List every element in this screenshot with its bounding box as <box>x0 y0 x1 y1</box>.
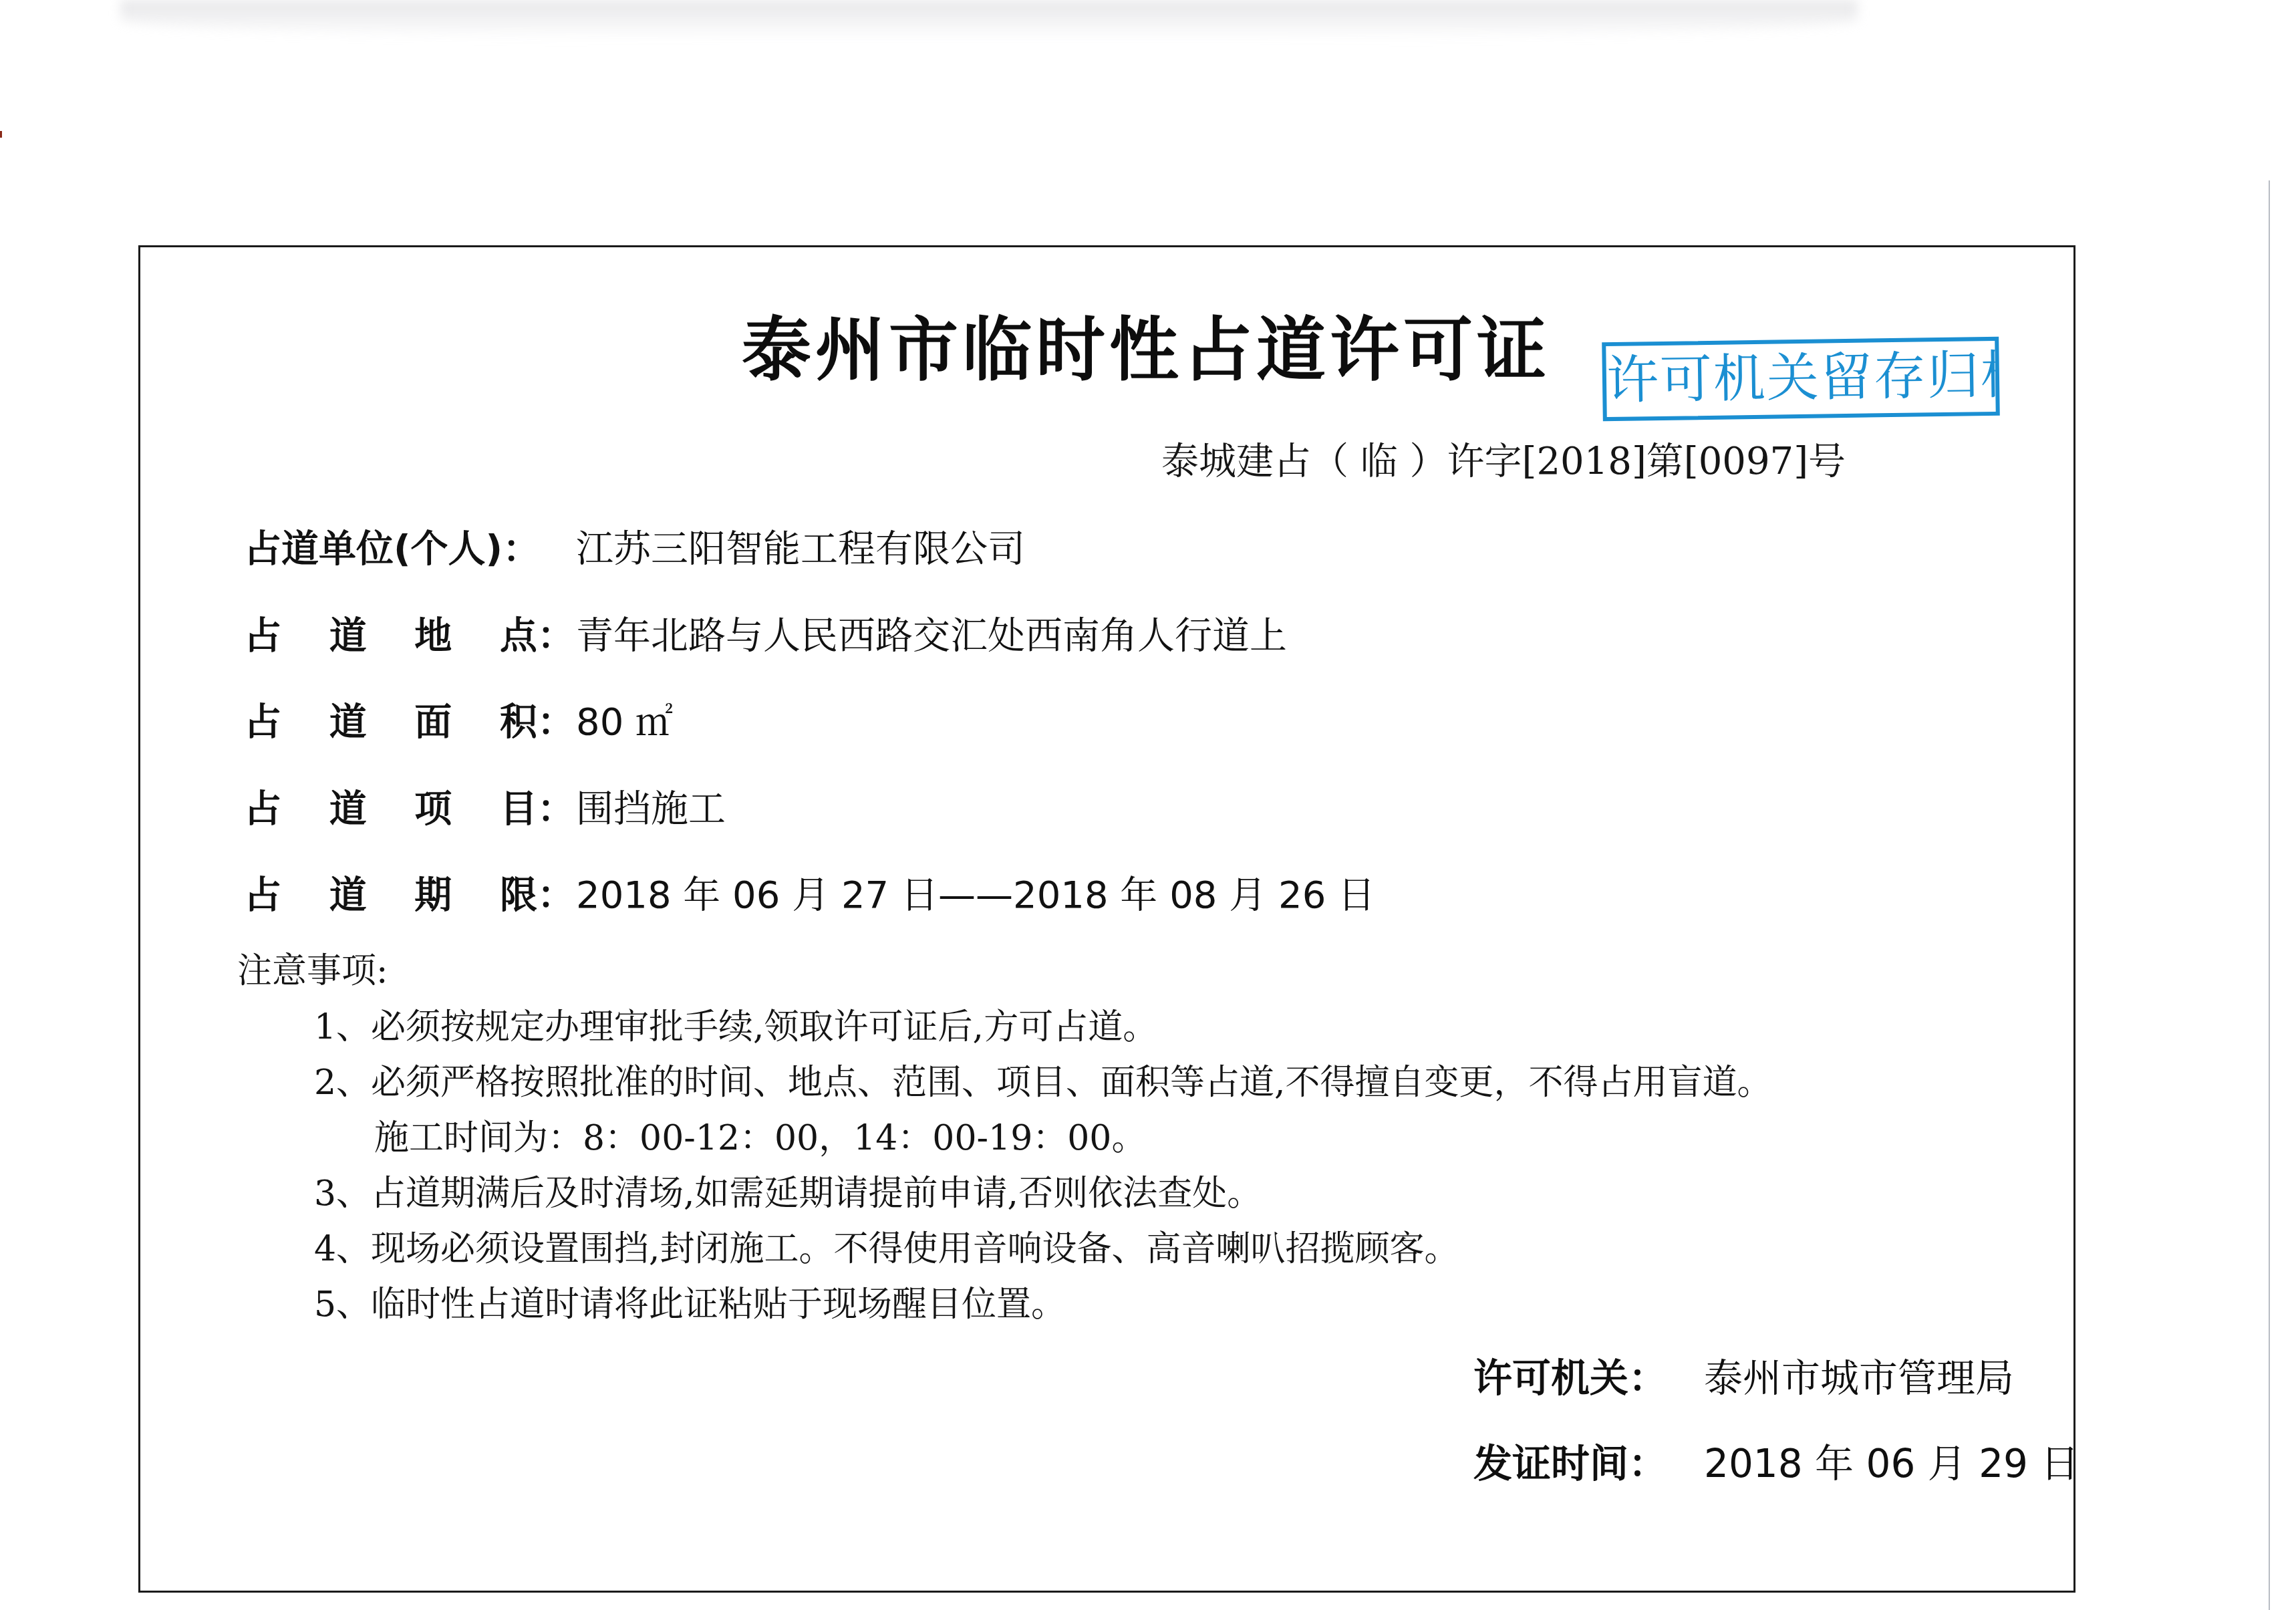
label-text: 占道单位(个人)： <box>244 526 540 573</box>
label-char: 道 <box>329 613 367 660</box>
label-char: 积： <box>500 699 575 746</box>
scan-speck <box>0 131 2 138</box>
permit-number: 泰城建占（ 临 ）许字[2018]第[0097]号 <box>1161 441 1846 483</box>
paper-edge <box>2269 180 2270 1610</box>
field-value-area: 80 ㎡ <box>576 699 673 746</box>
notes-item-2: 2、必须严格按照批准的时间、地点、范围、项目、面积等占道,不得擅自变更，不得占用… <box>314 1059 1772 1106</box>
field-label-occupant: 占道单位(个人)： <box>244 526 575 573</box>
issuing-authority-value: 泰州市城市管理局 <box>1704 1351 2014 1405</box>
field-label-period: 占 道 期 限： <box>244 872 575 919</box>
issuing-authority-label: 许可机关： <box>1473 1351 1667 1405</box>
field-label-location: 占 道 地 点： <box>244 613 575 660</box>
label-char: 点： <box>500 613 575 660</box>
field-value-project: 围挡施工 <box>576 786 726 833</box>
label-char: 占 <box>244 872 281 919</box>
field-value-occupant: 江苏三阳智能工程有限公司 <box>576 526 1025 573</box>
issue-date-label: 发证时间： <box>1473 1437 1667 1490</box>
label-char: 面 <box>414 699 452 746</box>
label-char: 项 <box>414 786 452 833</box>
permit-title: 泰州市临时性占道许可证 <box>742 315 1550 385</box>
notes-item-1: 1、必须按规定办理审批手续,领取许可证后,方可占道。 <box>314 1004 1157 1051</box>
label-char: 限： <box>500 872 575 919</box>
notes-item-2-continuation: 施工时间为：8：00-12：00，14：00-19：00。 <box>374 1115 1146 1162</box>
issue-date-value: 2018 年 06 月 29 日 <box>1704 1437 2079 1490</box>
field-label-area: 占 道 面 积： <box>244 699 575 746</box>
field-value-period: 2018 年 06 月 27 日——2018 年 08 月 26 日 <box>576 872 1375 919</box>
notes-heading: 注意事项: <box>237 948 388 994</box>
notes-item-5: 5、临时性占道时请将此证粘贴于现场醒目位置。 <box>314 1281 1066 1328</box>
archive-stamp: 许可机关留存归档 <box>1602 337 2000 421</box>
label-char: 目： <box>500 786 575 833</box>
field-label-project: 占 道 项 目： <box>244 786 575 833</box>
field-value-location: 青年北路与人民西路交汇处西南角人行道上 <box>576 613 1287 660</box>
notes-item-4: 4、现场必须设置围挡,封闭施工。不得使用音响设备、高音喇叭招揽顾客。 <box>314 1226 1459 1272</box>
label-char: 道 <box>329 872 367 919</box>
label-char: 地 <box>414 613 452 660</box>
label-char: 期 <box>414 872 452 919</box>
label-char: 占 <box>244 786 281 833</box>
label-char: 道 <box>329 786 367 833</box>
label-char: 占 <box>244 613 281 660</box>
label-char: 占 <box>244 699 281 746</box>
scan-shadow <box>120 0 1858 40</box>
notes-item-3: 3、占道期满后及时清场,如需延期请提前申请,否则依法查处。 <box>314 1170 1262 1217</box>
label-char: 道 <box>329 699 367 746</box>
